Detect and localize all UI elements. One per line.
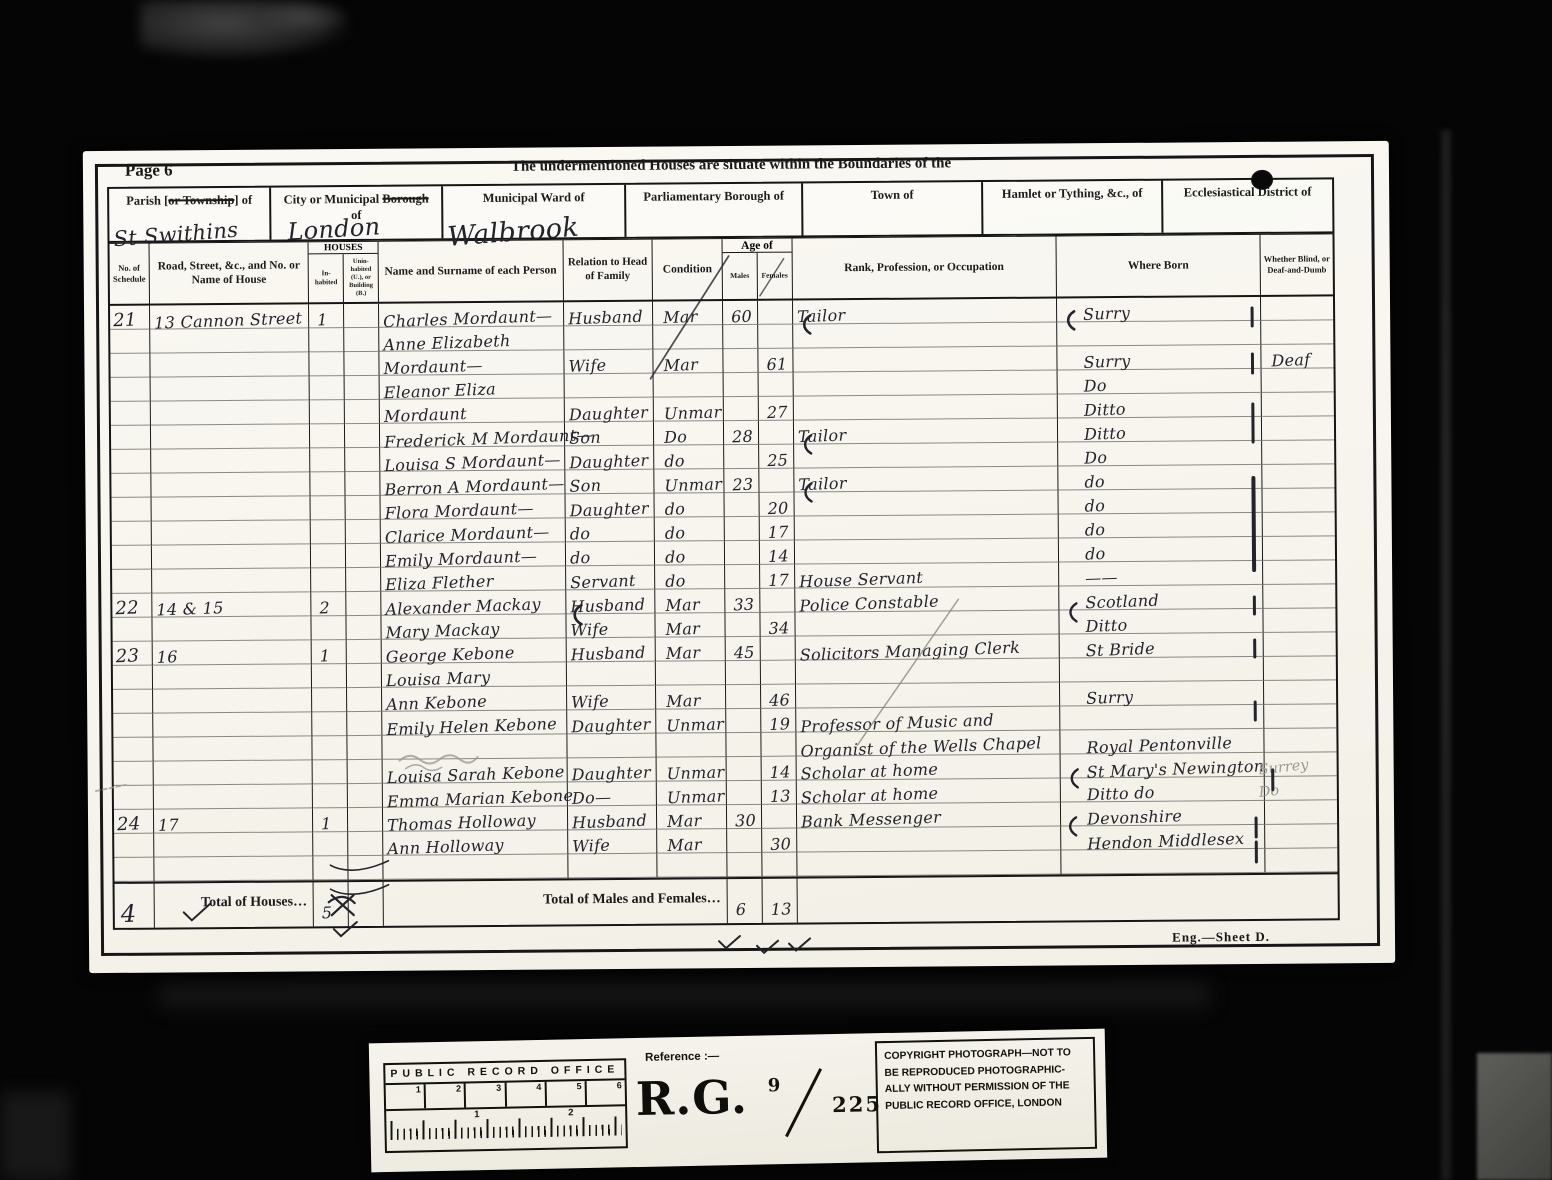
cell-name: Louisa Mary: [382, 662, 567, 687]
cell-inhabited: [310, 328, 345, 352]
cell-where-born: St Bride: [1060, 633, 1265, 659]
cell-infirmity: [1265, 800, 1337, 825]
total-females-value: 13: [770, 899, 792, 919]
cell-inhabited: [312, 616, 347, 640]
cell-uninhabited: [347, 592, 382, 616]
cell-relation: Wife: [564, 350, 654, 375]
cell-relation: Husband: [566, 638, 656, 663]
cell-road: [151, 496, 311, 521]
inch-cell: 2: [426, 1083, 467, 1108]
cell-where-born: ——: [1059, 561, 1264, 587]
cell-infirmity: [1264, 608, 1336, 633]
cell-schedule: [114, 858, 154, 882]
cell-age-female: [761, 661, 796, 685]
cell-relation: Do—: [567, 782, 657, 807]
cell-occupation: [796, 682, 1060, 708]
cell-road: [154, 832, 314, 857]
cell-age-male: [727, 853, 762, 877]
cell-infirmity: [1264, 680, 1336, 705]
district-cell: Parish [or Township] of St Swithins: [109, 188, 271, 241]
scanned-census-photograph: { "colors": { "background": "#050505", "…: [0, 0, 1552, 1180]
header-condition: Condition: [653, 239, 723, 300]
cell-age-female: 14: [760, 541, 795, 565]
district-label: Parliamentary Borough of: [626, 184, 801, 206]
cell-age-male: [727, 757, 762, 781]
cell-condition: Do: [654, 421, 724, 446]
cell-where-born: Do: [1057, 369, 1262, 395]
slash-mark: [785, 1068, 822, 1137]
cell-age-female: [759, 421, 794, 445]
cell-infirmity: [1263, 584, 1335, 609]
cell-uninhabited: [344, 328, 379, 352]
cell-name: Mordaunt: [380, 398, 565, 423]
cell-inhabited: [313, 784, 348, 808]
cell-occupation: [797, 826, 1061, 852]
cell-infirmity: [1264, 656, 1336, 681]
totals-row: 4 Total of Houses… 5 Total of Males and …: [115, 872, 1338, 928]
cell-where-born: Surry: [1057, 345, 1262, 371]
cell-inhabited: [314, 832, 349, 856]
district-label: Municipal Ward of: [443, 185, 624, 207]
cell-name: [383, 854, 568, 879]
header-females: Females: [758, 253, 792, 299]
film-corner-glare: [1477, 1053, 1552, 1180]
cell-occupation: Police Constable: [795, 586, 1059, 612]
cell-relation: [567, 734, 657, 759]
district-label: Ecclesiastical District of: [1163, 179, 1332, 201]
cell-infirmity: [1263, 512, 1335, 537]
district-cell: Parliamentary Borough of: [626, 183, 803, 236]
header-males: Males: [723, 253, 758, 299]
cell-age-male: [727, 781, 762, 805]
cell-occupation: Bank Messenger: [797, 802, 1061, 828]
reference-piece: 9: [768, 1075, 781, 1096]
cell-schedule: [114, 786, 154, 810]
cell-relation: Husband: [566, 590, 656, 615]
cell-name: Emily Helen Kebone: [382, 710, 567, 735]
cell-road: [153, 688, 313, 713]
cell-age-female: [762, 805, 797, 829]
census-sheet: Page 6 The undermentioned Houses are sit…: [83, 141, 1395, 973]
cell-uninhabited: [348, 760, 383, 784]
header-age: Age of: [723, 239, 792, 254]
cell-condition: Unmar: [656, 709, 726, 734]
district-cell: Ecclesiastical District of: [1163, 179, 1332, 232]
cell-age-male: [726, 661, 761, 685]
cell-inhabited: [311, 544, 346, 568]
cell-schedule: [113, 738, 153, 762]
cell-schedule: [112, 570, 152, 594]
cell-schedule: 22: [112, 594, 152, 618]
cell-age-male: 30: [727, 805, 762, 829]
header-road: Road, Street, &c., and No. or Name of Ho…: [149, 242, 309, 303]
cell-schedule: [111, 402, 151, 426]
cell-condition: Mar: [653, 301, 723, 326]
cell-name: Frederick M Mordaunt—: [380, 422, 565, 447]
cell-inhabited: [311, 472, 346, 496]
district-label: Town of: [803, 182, 981, 204]
inch-cell: 6: [586, 1080, 625, 1105]
cell-uninhabited: [345, 400, 380, 424]
cell-condition: [656, 661, 726, 686]
reference-label: Reference :—: [645, 1050, 719, 1063]
district-cell: Town of: [803, 182, 983, 235]
cell-condition: do: [655, 565, 725, 590]
cell-relation: Daughter: [564, 398, 654, 423]
cell-name: Charles Mordaunt—: [379, 302, 564, 327]
cell-occupation: Tailor: [794, 466, 1058, 492]
inch-cell: 3: [466, 1083, 507, 1108]
header-age-group: Age of Males Females: [723, 239, 793, 300]
cell-age-female: [761, 637, 796, 661]
cell-where-born: Scotland: [1059, 585, 1264, 611]
cell-road: 13 Cannon Street: [150, 304, 310, 329]
cell-occupation: [793, 346, 1057, 372]
cell-uninhabited: [347, 688, 382, 712]
cell-schedule: [111, 426, 151, 450]
cell-road: [151, 400, 311, 425]
cell-inhabited: [310, 376, 345, 400]
cell-road: [150, 328, 310, 353]
cell-where-born: [1057, 321, 1262, 347]
cell-road: [152, 568, 312, 593]
total-males-females-label: Total of Males and Females…: [543, 891, 721, 908]
cell-occupation: [797, 850, 1061, 876]
cell-age-male: [724, 445, 759, 469]
cell-schedule: [111, 474, 151, 498]
cell-name: Ann Kebone: [382, 686, 567, 711]
header-inhabited: In-habited: [309, 254, 344, 302]
cell-condition: do: [654, 445, 724, 470]
census-table: No. of Schedule Road, Street, &c., and N…: [108, 233, 1340, 930]
cell-uninhabited: [345, 352, 380, 376]
page-number: Page 6: [125, 160, 173, 180]
cell-occupation: Scholar at home: [797, 778, 1061, 804]
cell-road: [151, 448, 311, 473]
cell-age-male: [726, 733, 761, 757]
cell-age-male: 23: [724, 469, 759, 493]
cell-schedule: [112, 618, 152, 642]
cell-condition: do: [655, 517, 725, 542]
cell-infirmity: [1263, 560, 1335, 585]
cell-infirmity: [1264, 704, 1336, 729]
cell-schedule: [113, 714, 153, 738]
cell-age-female: [760, 589, 795, 613]
cell-condition: do: [655, 493, 725, 518]
pencil-annotation: Do: [1258, 783, 1280, 801]
cell-inhabited: [311, 520, 346, 544]
cell-condition: Mar: [655, 589, 725, 614]
cell-age-male: [724, 397, 759, 421]
cell-age-male: [723, 325, 758, 349]
film-smudge: [140, 0, 350, 58]
cell-name: Mary Mackay: [382, 614, 567, 639]
cell-name: Alexander Mackay: [381, 590, 566, 615]
header-rank: Rank, Profession, or Occupation: [792, 236, 1057, 298]
pencil-annotation: Surrey: [1258, 757, 1309, 779]
cell-schedule: [112, 522, 152, 546]
cell-uninhabited: [345, 376, 380, 400]
cell-relation: Husband: [567, 806, 657, 831]
cell-inhabited: [313, 712, 348, 736]
inch-cell: 1: [386, 1084, 427, 1109]
header-houses-group: HOUSES In-habited Unin-habited (U.), or …: [309, 242, 379, 303]
cell-road: [152, 544, 312, 569]
cell-uninhabited: [348, 832, 383, 856]
cell-age-female: 27: [759, 397, 794, 421]
cell-condition: Unmar: [654, 397, 724, 422]
cell-inhabited: [310, 448, 345, 472]
cell-schedule: 21: [110, 306, 150, 330]
cell-inhabited: [311, 568, 346, 592]
cell-age-male: [725, 565, 760, 589]
cell-relation: Daughter: [567, 710, 657, 735]
cell-road: [150, 376, 310, 401]
film-shadow: [0, 1092, 70, 1180]
cell-condition: Mar: [656, 613, 726, 638]
cell-age-male: [725, 613, 760, 637]
stamp-ruler: PUBLIC RECORD OFFICE 123456 1 2: [383, 1058, 628, 1153]
cell-schedule: [110, 330, 150, 354]
public-record-office-stamp: PUBLIC RECORD OFFICE 123456 1 2 Referenc…: [369, 1029, 1107, 1173]
cell-condition: Mar: [656, 637, 726, 662]
cell-where-born: Hendon Middlesex: [1061, 825, 1266, 851]
cell-infirmity: [1262, 440, 1334, 465]
cell-infirmity: Do: [1265, 776, 1337, 801]
cell-occupation: Tailor: [794, 418, 1058, 444]
cell-relation: Daughter: [567, 758, 657, 783]
cell-condition: [653, 325, 723, 350]
header-uninhabited: Unin-habited (U.), or Building (B.): [344, 254, 378, 302]
cell-road: 17: [154, 808, 314, 833]
cell-name: Eleanor Eliza: [380, 374, 565, 399]
cell-age-female: [762, 853, 797, 877]
cell-road: [154, 856, 314, 881]
sheet-content: Page 6 The undermentioned Houses are sit…: [107, 143, 1340, 930]
cell-relation: Wife: [568, 830, 658, 855]
cell-age-female: 17: [760, 565, 795, 589]
cell-inhabited: [313, 760, 348, 784]
cell-age-male: [725, 517, 760, 541]
cell-inhabited: [310, 424, 345, 448]
cell-condition: Mar: [657, 805, 727, 830]
cell-relation: do: [565, 518, 655, 543]
cell-infirmity: Surrey: [1265, 752, 1337, 777]
cell-inhabited: 1: [312, 640, 347, 664]
cell-infirmity: Deaf: [1262, 344, 1334, 369]
cell-age-male: 33: [725, 589, 760, 613]
cell-age-female: 61: [758, 349, 793, 373]
reference-series: R.G.: [635, 1070, 748, 1126]
total-males-value: 6: [735, 900, 746, 919]
cell-infirmity: [1262, 416, 1334, 441]
cell-where-born: do: [1058, 465, 1263, 491]
cell-uninhabited: [346, 520, 381, 544]
cell-uninhabited: [347, 616, 382, 640]
cell-inhabited: 2: [312, 592, 347, 616]
cell-inhabited: [313, 736, 348, 760]
cell-inhabited: [314, 856, 349, 880]
cell-road: [153, 712, 313, 737]
film-smudge: [255, 0, 350, 34]
cell-where-born: Devonshire: [1061, 801, 1266, 827]
cell-uninhabited: [346, 496, 381, 520]
district-cell: Municipal Ward of Walbrook: [443, 185, 626, 238]
census-rows: 21 13 Cannon Street 1 Charles Mordaunt— …: [110, 296, 1337, 882]
cell-occupation: House Servant: [795, 562, 1059, 588]
cell-relation: Servant: [566, 566, 656, 591]
cell-where-born: Ditto: [1058, 393, 1263, 419]
cell-inhabited: [310, 352, 345, 376]
cell-occupation: Tailor: [793, 298, 1057, 324]
cell-schedule: [111, 450, 151, 474]
cell-occupation: [795, 610, 1059, 636]
cell-age-male: [727, 829, 762, 853]
cell-name: Eliza Flether: [381, 566, 566, 591]
cell-relation: [568, 854, 658, 879]
cell-schedule: [114, 762, 154, 786]
cell-infirmity: [1263, 536, 1335, 561]
cell-schedule: [114, 834, 154, 858]
cell-infirmity: [1261, 320, 1333, 345]
header-schedule: No. of Schedule: [110, 244, 150, 304]
film-shadow: [160, 982, 1210, 1008]
total-houses-label: Total of Houses…: [201, 894, 307, 911]
cell-where-born: Ditto: [1059, 609, 1264, 635]
cell-schedule: [113, 666, 153, 690]
cell-infirmity: [1262, 392, 1334, 417]
cell-condition: [654, 373, 724, 398]
cell-road: [151, 424, 311, 449]
cell-where-born: Ditto: [1058, 417, 1263, 443]
cell-inhabited: 1: [313, 808, 348, 832]
film-streak: [1441, 130, 1451, 1180]
cell-where-born: [1060, 705, 1265, 731]
cell-where-born: Surry: [1057, 297, 1262, 323]
cell-relation: Husband: [564, 302, 654, 327]
district-cell: City or Municipal Borough of London: [271, 186, 443, 239]
cell-where-born: Surry: [1060, 681, 1265, 707]
cell-infirmity: [1264, 632, 1336, 657]
cell-relation: [564, 374, 654, 399]
cell-inhabited: [310, 400, 345, 424]
inch-cell: 4: [506, 1082, 547, 1107]
cell-road: 14 & 15: [152, 592, 312, 617]
cell-occupation: Solicitors Managing Clerk: [795, 634, 1059, 660]
cell-infirmity: [1261, 296, 1333, 321]
cell-where-born: [1060, 657, 1265, 683]
header-infirmity: Whether Blind, or Deaf-and-Dumb: [1261, 234, 1333, 295]
cell-schedule: [111, 378, 151, 402]
cell-relation: Wife: [566, 614, 656, 639]
cell-where-born: do: [1059, 513, 1264, 539]
cell-age-female: 30: [762, 829, 797, 853]
district-cell: Hamlet or Tything, &c., of: [983, 181, 1163, 234]
cell-occupation: [794, 442, 1058, 468]
cell-condition: Mar: [656, 685, 726, 710]
cell-age-male: [725, 541, 760, 565]
cell-age-male: [724, 493, 759, 517]
cell-relation: Wife: [567, 686, 657, 711]
cell-road: [151, 472, 311, 497]
cell-infirmity: [1266, 848, 1338, 873]
cell-road: 16: [153, 640, 313, 665]
district-value-handwritten: London: [287, 212, 381, 246]
cell-relation: [564, 326, 654, 351]
cell-occupation: [793, 370, 1057, 396]
cell-age-male: [723, 349, 758, 373]
district-label: Parish [or Township] of: [109, 188, 269, 210]
cell-condition: [658, 853, 728, 878]
cell-age-female: 19: [761, 709, 796, 733]
cell-uninhabited: [345, 424, 380, 448]
cell-age-male: [726, 709, 761, 733]
cell-where-born: do: [1059, 537, 1264, 563]
cell-inhabited: [312, 688, 347, 712]
cell-age-female: [758, 325, 793, 349]
cell-uninhabited: [346, 472, 381, 496]
cell-condition: Mar: [657, 829, 727, 854]
cell-inhabited: 1: [309, 304, 344, 328]
cell-uninhabited: [344, 304, 379, 328]
cell-road: [153, 760, 313, 785]
cell-occupation: [794, 490, 1058, 516]
header-relation: Relation to Head of Family: [563, 240, 653, 301]
cell-uninhabited: [346, 568, 381, 592]
cell-schedule: 23: [113, 642, 153, 666]
cell-uninhabited: [348, 808, 383, 832]
cell-age-male: 45: [726, 637, 761, 661]
cell-name: Clarice Mordaunt—: [381, 518, 566, 543]
cell-uninhabited: [347, 640, 382, 664]
cell-age-female: 14: [761, 757, 796, 781]
cell-name: Louisa Sarah Kebone: [383, 758, 568, 783]
cell-age-female: [758, 373, 793, 397]
cell-occupation: Professor of Music and: [796, 706, 1060, 732]
cell-schedule: [113, 690, 153, 714]
cell-name: Ann Holloway: [383, 830, 568, 855]
cell-road: [150, 352, 310, 377]
district-label: Hamlet or Tything, &c., of: [983, 181, 1161, 203]
cell-infirmity: [1262, 368, 1334, 393]
cell-road: [153, 664, 313, 689]
cell-where-born: Royal Pentonville: [1060, 729, 1265, 755]
cell-uninhabited: [346, 544, 381, 568]
cell-uninhabited: [348, 736, 383, 760]
cell-condition: [657, 733, 727, 758]
cell-where-born: Do: [1058, 441, 1263, 467]
inch-cell: 5: [546, 1081, 587, 1106]
cell-age-male: 60: [723, 301, 758, 325]
cell-road: [152, 520, 312, 545]
cell-uninhabited: [347, 664, 382, 688]
header-where-born: Where Born: [1056, 235, 1261, 297]
cell-inhabited: [312, 664, 347, 688]
cell-road: [152, 616, 312, 641]
reference-folio: 225: [832, 1091, 882, 1117]
cell-age-female: [759, 469, 794, 493]
cell-age-male: 28: [724, 421, 759, 445]
cell-relation: [566, 662, 656, 687]
copyright-line: PUBLIC RECORD OFFICE, LONDON: [885, 1095, 1087, 1116]
cell-road: [154, 784, 314, 809]
cell-infirmity: [1263, 488, 1335, 513]
cell-schedule: [110, 354, 150, 378]
cell-occupation: [795, 538, 1059, 564]
cell-relation: Son: [565, 470, 655, 495]
cell-relation: Daughter: [565, 494, 655, 519]
cell-uninhabited: [345, 448, 380, 472]
